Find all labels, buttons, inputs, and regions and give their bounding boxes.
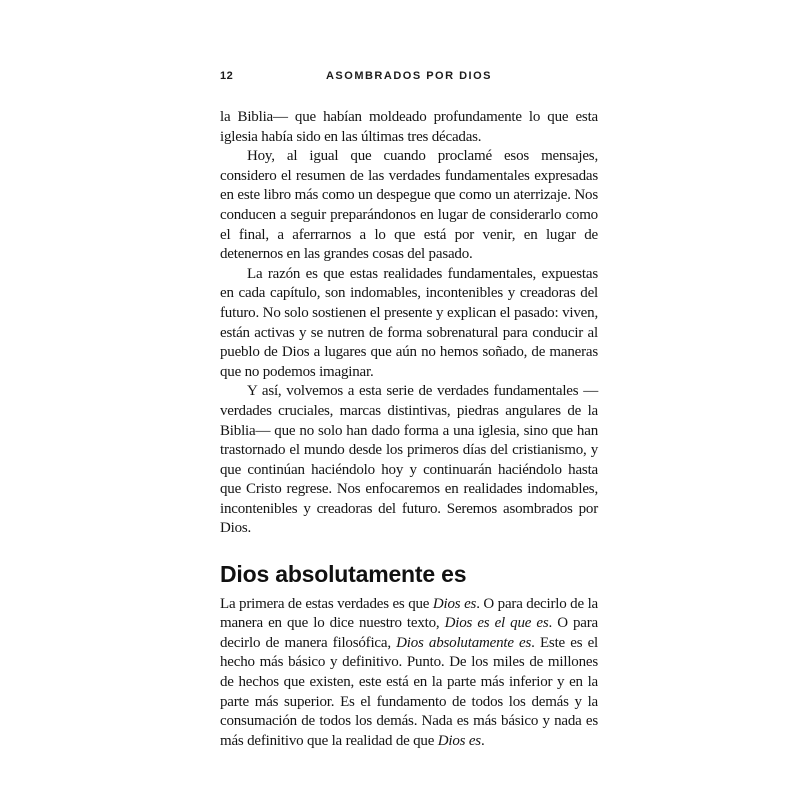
text-segment: La primera de estas verdades es que	[220, 596, 433, 612]
paragraph: Y así, volvemos a esta serie de verdades…	[220, 382, 598, 539]
paragraph: La razón es que estas realidades fundame…	[220, 265, 598, 383]
italic-phrase: Dios absolutamente es	[396, 635, 531, 651]
text-segment: .	[481, 733, 485, 749]
italic-phrase: Dios es el que es	[445, 615, 549, 631]
book-page-scan: 12 ASOMBRADOS POR DIOS la Biblia— que ha…	[0, 0, 800, 800]
paragraph: la Biblia— que habían moldeado profundam…	[220, 108, 598, 147]
text-segment: . Este es el hecho más básico y definiti…	[220, 635, 598, 749]
text-segment: Y así, volvemos a esta serie de verdades…	[220, 383, 598, 536]
text-segment: La razón es que estas realidades fundame…	[220, 266, 598, 380]
text-segment: Hoy, al igual que cuando proclamé esos m…	[220, 148, 598, 262]
page-body: la Biblia— que habían moldeado profundam…	[220, 108, 598, 751]
paragraph: La primera de estas verdades es que Dios…	[220, 595, 598, 752]
page-number: 12	[220, 70, 233, 82]
section-heading: Dios absolutamente es	[220, 565, 598, 585]
text-segment: la Biblia— que habían moldeado profundam…	[220, 109, 598, 145]
italic-phrase: Dios es	[438, 733, 481, 749]
paragraph: Hoy, al igual que cuando proclamé esos m…	[220, 147, 598, 265]
book-page: 12 ASOMBRADOS POR DIOS la Biblia— que ha…	[220, 70, 598, 751]
italic-phrase: Dios es	[433, 596, 476, 612]
page-header: 12 ASOMBRADOS POR DIOS	[220, 70, 598, 84]
running-head: ASOMBRADOS POR DIOS	[220, 70, 598, 82]
